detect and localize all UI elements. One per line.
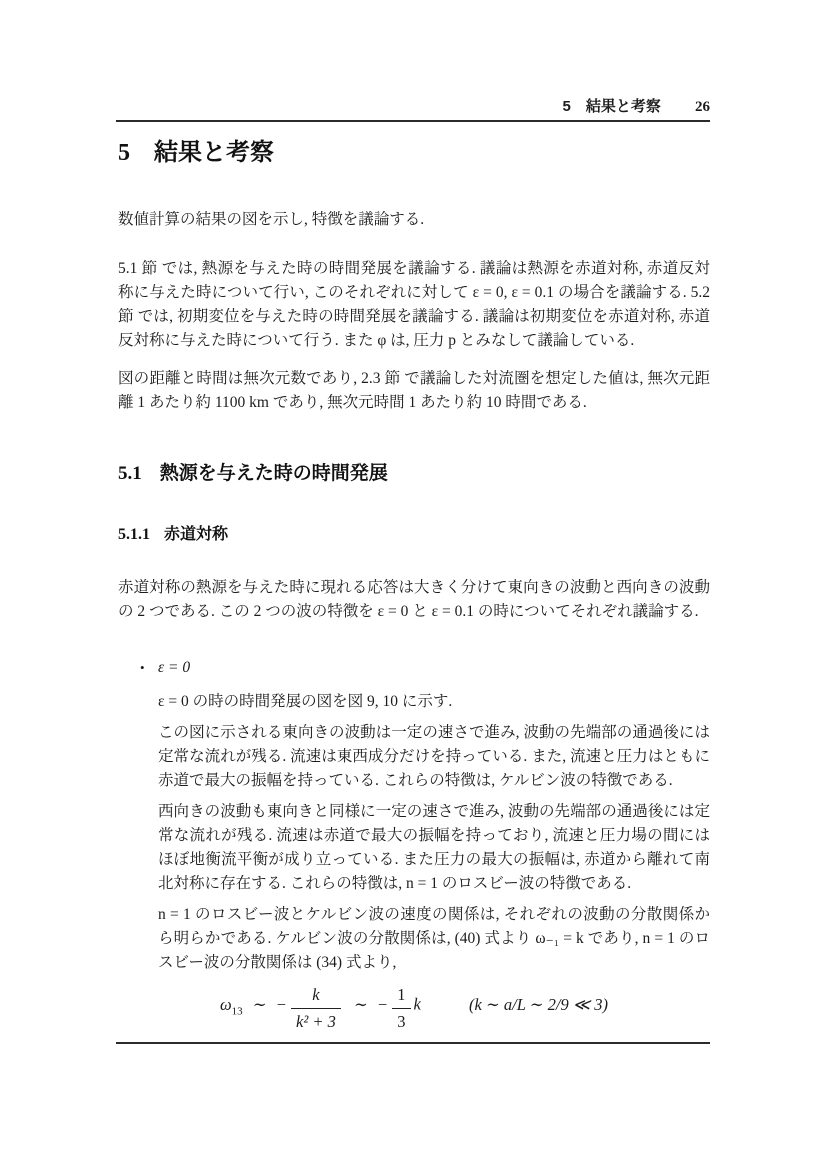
para-figure-ref: ε = 0 の時の時間発展の図を図 9, 10 に示す.: [158, 690, 710, 714]
fraction-numerator: k: [291, 985, 341, 1008]
subsubsection-title: 赤道対称: [164, 526, 228, 543]
equation-omega-subscript: 13: [232, 1005, 243, 1017]
equation-dispersion: ω13 ∼ −kk² + 3 ∼ −13k (k ∼ a/L ∼ 2/9 ≪ 3…: [118, 985, 710, 1032]
minus-sign: −: [277, 995, 286, 1014]
document-page: 5 結果と考察 26 5結果と考察 数値計算の結果の図を示し, 特徴を議論する.…: [0, 0, 826, 1169]
subsection-heading: 5.1熱源を与えた時の時間発展: [118, 461, 710, 486]
minus-sign: −: [378, 995, 387, 1014]
para-overview: 5.1 節 では, 熱源を与えた時の時間発展を議論する. 議論は熱源を赤道対称,…: [118, 257, 710, 353]
para-intro: 数値計算の結果の図を示し, 特徴を議論する.: [118, 208, 710, 232]
bullet-list: • ε = 0 ε = 0 の時の時間発展の図を図 9, 10 に示す. この図…: [140, 656, 710, 975]
bullet-label: ε = 0: [158, 656, 190, 680]
similar-operator: ∼: [354, 995, 368, 1014]
fraction-one-third: 13: [392, 985, 410, 1032]
bullet-item-epsilon-0: • ε = 0: [140, 656, 710, 680]
para-eastward-wave: この図に示される東向きの波動は一定の速さで進み, 波動の先端部の通過後には定常な…: [158, 721, 710, 793]
fraction-numerator: 1: [392, 985, 410, 1008]
fraction-denominator: k² + 3: [291, 1008, 341, 1032]
para-scales: 図の距離と時間は無次元数であり, 2.3 節 で議論した対流圏を想定した値は, …: [118, 367, 710, 415]
subsubsection-heading: 5.1.1赤道対称: [118, 524, 710, 546]
bullet-icon: •: [140, 656, 158, 680]
section-number: 5: [118, 140, 130, 166]
para-dispersion-relation: n = 1 のロスビー波とケルビン波の速度の関係は, それぞれの波動の分散関係か…: [158, 903, 710, 975]
equation-trailing-k: k: [414, 995, 421, 1014]
bullet-item-body: ε = 0 の時の時間発展の図を図 9, 10 に示す. この図に示される東向き…: [158, 690, 710, 975]
page-content: 5結果と考察 数値計算の結果の図を示し, 特徴を議論する. 5.1 節 では, …: [118, 0, 710, 1032]
section-heading: 5結果と考察: [118, 138, 710, 168]
similar-operator: ∼: [253, 995, 267, 1014]
fraction-k-over-k2plus3: kk² + 3: [291, 985, 341, 1032]
para-symmetric-intro: 赤道対称の熱源を与えた時に現れる応答は大きく分けて東向きの波動と西向きの波動の …: [118, 576, 710, 624]
subsection-title: 熱源を与えた時の時間発展: [160, 463, 388, 484]
footer-rule: [116, 1042, 710, 1044]
para-westward-wave: 西向きの波動も東向きと同様に一定の速さで進み, 波動の先端部の通過後には定常な流…: [158, 800, 710, 896]
fraction-denominator: 3: [392, 1008, 410, 1032]
equation-condition: (k ∼ a/L ∼ 2/9 ≪ 3): [469, 995, 608, 1014]
section-title: 結果と考察: [154, 139, 274, 166]
equation-omega: ω13: [220, 995, 243, 1014]
subsection-number: 5.1: [118, 463, 142, 484]
subsubsection-number: 5.1.1: [118, 526, 150, 543]
